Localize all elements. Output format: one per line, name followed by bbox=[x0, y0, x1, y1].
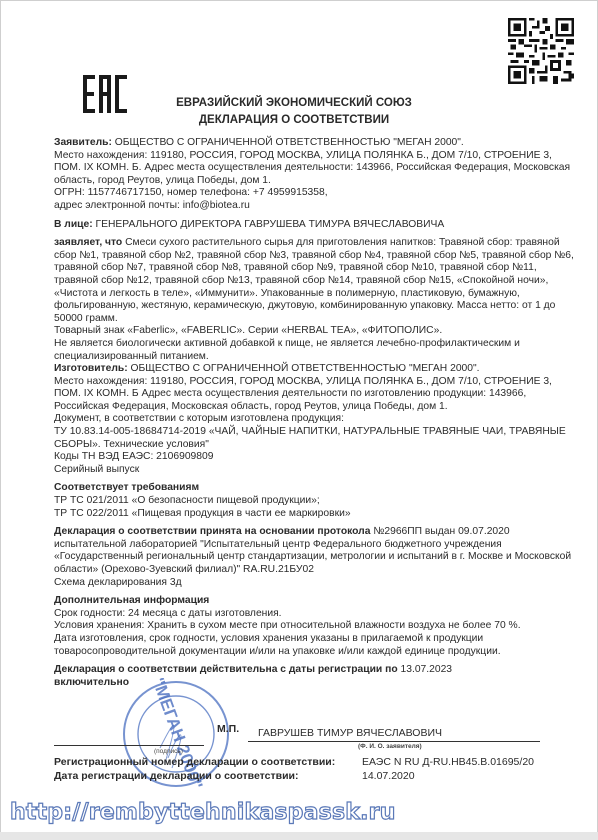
signature-caption: (подпись) bbox=[154, 748, 183, 755]
applicant-label: Заявитель: bbox=[54, 137, 112, 148]
standard-doc: ТУ 10.83.14-005-18684714-2019 «ЧАЙ, ЧАЙН… bbox=[54, 426, 566, 450]
additional-section: Дополнительная информация Срок годности:… bbox=[54, 595, 574, 658]
union-title: ЕВРАЗИЙСКИЙ ЭКОНОМИЧЕСКИЙ СОЮЗ bbox=[0, 97, 593, 109]
registration-date-label: Дата регистрации декларации о соответств… bbox=[54, 770, 299, 782]
declaration-body: Заявитель: ОБЩЕСТВО С ОГРАНИЧЕННОЙ ОТВЕТ… bbox=[54, 137, 574, 689]
represented-by: В лице: ГЕНЕРАЛЬНОГО ДИРЕКТОРА ГАВРУШЕВА… bbox=[54, 219, 574, 232]
requirement-item: ТР ТС 022/2011 «Пищевая продукция в част… bbox=[54, 508, 351, 519]
dates-note: Дата изготовления, срок годности, услови… bbox=[54, 633, 501, 657]
registration-date: 14.07.2020 bbox=[362, 770, 415, 782]
represented-by-value: ГЕНЕРАЛЬНОГО ДИРЕКТОРА ГАВРУШЕВА ТИМУРА … bbox=[93, 219, 445, 230]
name-line bbox=[248, 741, 540, 742]
declares-label: заявляет, что bbox=[54, 237, 122, 248]
additional-title: Дополнительная информация bbox=[54, 595, 209, 606]
standard-doc-intro: Документ, в соответствии с которым изгот… bbox=[54, 413, 344, 424]
name-caption: (Ф. И. О. заявителя) bbox=[358, 743, 422, 750]
product-note: Не является биологически активной добавк… bbox=[54, 338, 520, 362]
product-description: Смеси сухого растительного сырья для при… bbox=[54, 237, 574, 324]
manufacturer-label: Изготовитель: bbox=[54, 363, 128, 374]
applicant-section: Заявитель: ОБЩЕСТВО С ОГРАНИЧЕННОЙ ОТВЕТ… bbox=[54, 137, 574, 213]
requirements-section: Соответствует требованиям ТР ТС 021/2011… bbox=[54, 482, 574, 520]
applicant-address: Место нахождения: 119180, РОССИЯ, ГОРОД … bbox=[54, 150, 570, 186]
storage-conditions: Условия хранения: Хранить в сухом месте … bbox=[54, 620, 521, 631]
registration-number-label: Регистрационный номер декларации о соотв… bbox=[54, 756, 335, 768]
release-type: Серийный выпуск bbox=[54, 464, 139, 475]
page-bottom-edge bbox=[0, 832, 598, 840]
validity-date: 13.07.2023 bbox=[398, 664, 452, 675]
applicant-email: адрес электронной почты: info@biotea.ru bbox=[54, 200, 250, 211]
applicant-name: ОБЩЕСТВО С ОГРАНИЧЕННОЙ ОТВЕТСТВЕННОСТЬЮ… bbox=[112, 137, 464, 148]
registration-number: ЕАЭС N RU Д-RU.НВ45.В.01695/20 bbox=[362, 756, 534, 768]
validity-suffix: включительно bbox=[54, 677, 129, 688]
basis-label: Декларация о соответствии принята на осн… bbox=[54, 526, 370, 537]
qr-code-icon[interactable] bbox=[508, 18, 574, 84]
signature-line bbox=[54, 745, 204, 746]
declares-section: заявляет, что Смеси сухого растительного… bbox=[54, 237, 574, 476]
customs-codes: Коды ТН ВЭД ЕАЭС: 2106909809 bbox=[54, 451, 213, 462]
signer-name: ГАВРУШЕВ ТИМУР ВЯЧЕСЛАВОВИЧ bbox=[258, 727, 442, 739]
requirements-title: Соответствует требованиям bbox=[54, 482, 199, 493]
watermark-url[interactable]: http://rembyttehnikaspassk.ru bbox=[10, 800, 396, 825]
validity-label: Декларация о соответствии действительна … bbox=[54, 664, 398, 675]
basis-section: Декларация о соответствии принята на осн… bbox=[54, 526, 574, 589]
seal-mark: М.П. bbox=[217, 723, 239, 735]
applicant-ogrn: ОГРН: 1157746717150, номер телефона: +7 … bbox=[54, 187, 328, 198]
manufacturer-name: ОБЩЕСТВО С ОГРАНИЧЕННОЙ ОТВЕТСТВЕННОСТЬЮ… bbox=[128, 363, 480, 374]
document-title: ДЕКЛАРАЦИЯ О СООТВЕТСТВИИ bbox=[0, 114, 593, 126]
trademark: Товарный знак «Faberlic», «FABERLIC». Се… bbox=[54, 325, 442, 336]
represented-by-label: В лице: bbox=[54, 219, 93, 230]
shelf-life: Срок годности: 24 месяца с даты изготовл… bbox=[54, 608, 282, 619]
requirement-item: ТР ТС 021/2011 «О безопасности пищевой п… bbox=[54, 495, 320, 506]
manufacturer-address: Место нахождения: 119180, РОССИЯ, ГОРОД … bbox=[54, 376, 552, 412]
declaration-scheme: Схема декларирования 3д bbox=[54, 577, 182, 588]
